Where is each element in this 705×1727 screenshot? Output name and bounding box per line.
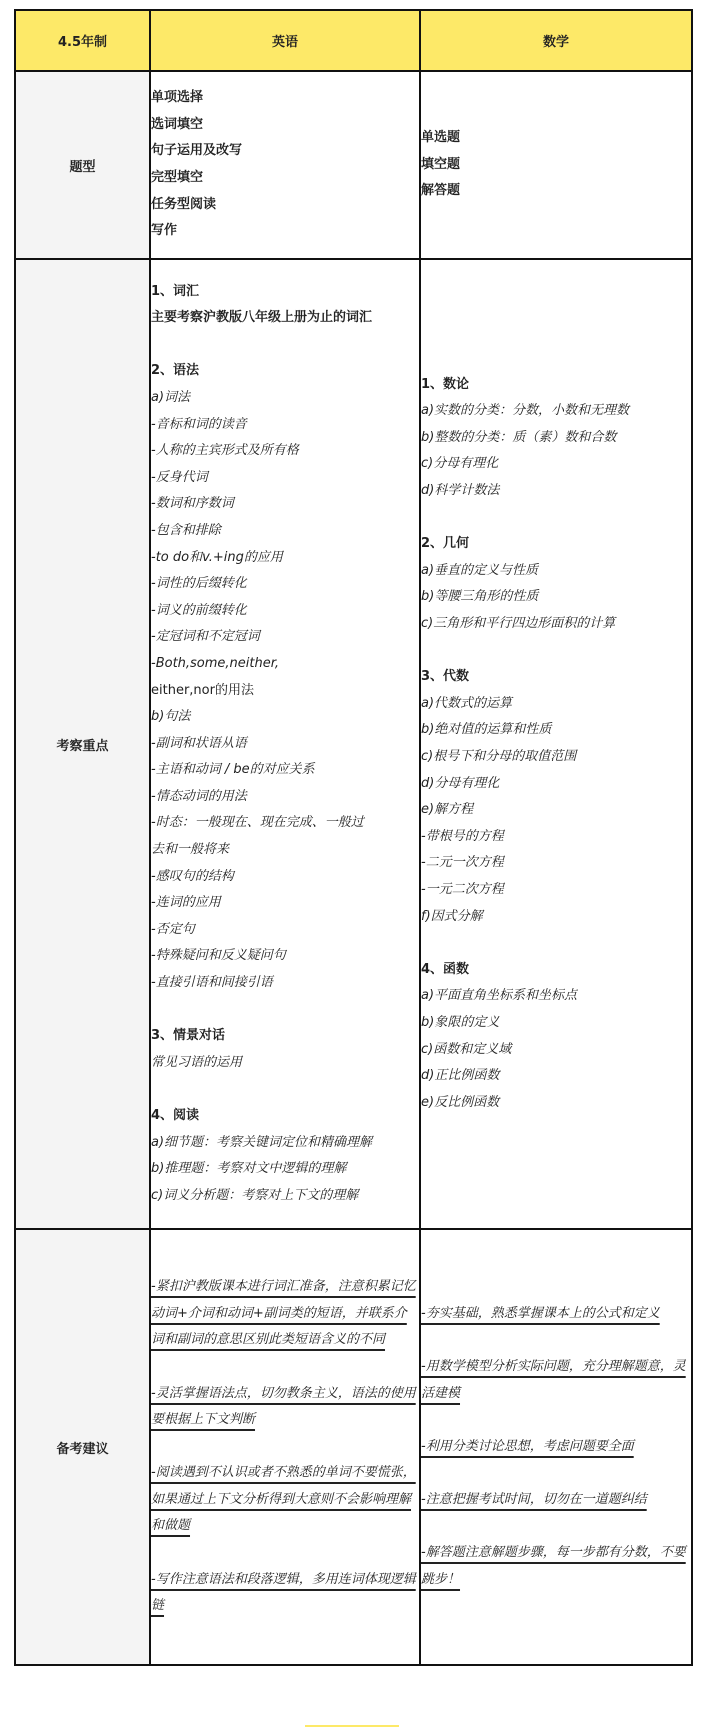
advice-paragraph: -用数学模型分析实际问题，充分理解题意，灵活建模 [421, 1354, 691, 1407]
english-focus-cell: 1、词汇 主要考察沪教版八年级上册为止的词汇 2、语法 a)词法 -音标和词的读… [150, 259, 420, 1229]
focus-item: -带根号的方程 [421, 824, 691, 851]
focus-item: -二元一次方程 [421, 850, 691, 877]
focus-item: e)反比例函数 [421, 1090, 691, 1117]
focus-item: c)根号下和分母的取值范围 [421, 744, 691, 771]
focus-item: a)细节题：考察关键词定位和精确理解 [151, 1130, 419, 1157]
focus-item: -感叹句的结构 [151, 864, 419, 891]
math-advice-cell: -夯实基础，熟悉掌握课本上的公式和定义 -用数学模型分析实际问题，充分理解题意，… [420, 1229, 692, 1665]
english-advice-cell: -紧扣沪教版课本进行词汇准备，注意积累记忆动词+介词和动词+副词类的短语，并联系… [150, 1229, 420, 1665]
focus-item: -一元二次方程 [421, 877, 691, 904]
focus-item: b)句法 [151, 704, 419, 731]
focus-item: d)科学计数法 [421, 478, 691, 505]
advice-text: -夯实基础，熟悉掌握课本上的公式和定义 [421, 1306, 660, 1321]
focus-item: c)分母有理化 [421, 451, 691, 478]
english-type-item: 单项选择 [151, 85, 419, 112]
section-title: 2、语法 [151, 358, 419, 385]
section-title: 3、情景对话 [151, 1023, 419, 1050]
focus-item: c)函数和定义域 [421, 1037, 691, 1064]
english-type-item: 任务型阅读 [151, 192, 419, 219]
advice-paragraph: -注意把握考试时间，切勿在一道题纠结 [421, 1487, 691, 1514]
advice-paragraph: -夯实基础，熟悉掌握课本上的公式和定义 [421, 1301, 691, 1328]
focus-item: -否定句 [151, 917, 419, 944]
header-system: 4.5年制 [15, 10, 150, 71]
focus-item: c)三角形和平行四边形面积的计算 [421, 611, 691, 638]
focus-item: d)分母有理化 [421, 771, 691, 798]
focus-item: f)因式分解 [421, 904, 691, 931]
focus-item: -人称的主宾形式及所有格 [151, 438, 419, 465]
math-type-item: 填空题 [421, 152, 691, 179]
section-text: 主要考察沪教版八年级上册为止的词汇 [151, 305, 419, 332]
focus-item: c)词义分析题：考察对上下文的理解 [151, 1183, 419, 1210]
advice-text: -注意把握考试时间，切勿在一道题纠结 [421, 1492, 647, 1507]
focus-item: a)词法 [151, 385, 419, 412]
focus-item: -情态动词的用法 [151, 784, 419, 811]
section-title: 1、数论 [421, 372, 691, 399]
focus-item: -反身代词 [151, 465, 419, 492]
advice-paragraph: -阅读遇到不认识或者不熟悉的单词不要慌张，如果通过上下文分析得到大意则不会影响理… [151, 1460, 419, 1540]
section-title: 2、几何 [421, 531, 691, 558]
focus-item: -音标和词的读音 [151, 412, 419, 439]
focus-item: -副词和状语从语 [151, 731, 419, 758]
advice-paragraph: -利用分类讨论思想，考虑问题要全面 [421, 1434, 691, 1461]
focus-item: a)代数式的运算 [421, 691, 691, 718]
math-type-item: 解答题 [421, 178, 691, 205]
focus-item: 去和一般将来 [151, 837, 419, 864]
row-focus: 考察重点 1、词汇 主要考察沪教版八年级上册为止的词汇 2、语法 a)词法 -音… [15, 259, 692, 1229]
focus-item: e)解方程 [421, 797, 691, 824]
advice-text: -紧扣沪教版课本进行词汇准备，注意积累记忆动词+介词和动词+副词类的短语，并联系… [151, 1279, 416, 1347]
focus-item: -数词和序数词 [151, 491, 419, 518]
advice-paragraph: -解答题注意解题步骤，每一步都有分数，不要跳步！ [421, 1540, 691, 1593]
advice-text: -解答题注意解题步骤，每一步都有分数，不要跳步！ [421, 1545, 686, 1587]
header-english: 英语 [150, 10, 420, 71]
advice-paragraph: -写作注意语法和段落逻辑，多用连词体现逻辑链 [151, 1567, 419, 1620]
section-title: 4、函数 [421, 957, 691, 984]
focus-item: -to do和v.+ing的应用 [151, 545, 419, 572]
english-types-cell: 单项选择 选词填空 句子运用及改写 完型填空 任务型阅读 写作 [150, 71, 420, 259]
advice-text: -灵活掌握语法点，切勿教条主义，语法的使用要根据上下文判断 [151, 1386, 416, 1428]
focus-item: -主语和动词 / be的对应关系 [151, 757, 419, 784]
math-types-cell: 单选题 填空题 解答题 [420, 71, 692, 259]
focus-item: -时态：一般现在、现在完成、一般过 [151, 810, 419, 837]
exam-comparison-table: 4.5年制 英语 数学 题型 单项选择 选词填空 句子运用及改写 完型填空 任务… [14, 9, 693, 1666]
focus-item: d)正比例函数 [421, 1063, 691, 1090]
focus-item: -定冠词和不定冠词 [151, 624, 419, 651]
focus-item: -特殊疑问和反义疑问句 [151, 943, 419, 970]
focus-item: b)等腰三角形的性质 [421, 584, 691, 611]
english-type-item: 完型填空 [151, 165, 419, 192]
focus-item: either,nor的用法 [151, 678, 419, 705]
advice-text: -阅读遇到不认识或者不熟悉的单词不要慌张，如果通过上下文分析得到大意则不会影响理… [151, 1465, 416, 1533]
row-question-types: 题型 单项选择 选词填空 句子运用及改写 完型填空 任务型阅读 写作 单选题 填… [15, 71, 692, 259]
advice-paragraph: -紧扣沪教版课本进行词汇准备，注意积累记忆动词+介词和动词+副词类的短语，并联系… [151, 1274, 419, 1354]
focus-item: b)绝对值的运算和性质 [421, 717, 691, 744]
focus-item: -连词的应用 [151, 890, 419, 917]
focus-item: -词性的后缀转化 [151, 571, 419, 598]
math-focus-cell: 1、数论 a)实数的分类：分数，小数和无理数 b)整数的分类：质（素）数和合数 … [420, 259, 692, 1229]
math-type-item: 单选题 [421, 125, 691, 152]
focus-item: b)推理题：考察对文中逻辑的理解 [151, 1156, 419, 1183]
row-label-focus: 考察重点 [15, 259, 150, 1229]
english-type-item: 写作 [151, 218, 419, 245]
header-row: 4.5年制 英语 数学 [15, 10, 692, 71]
row-label-advice: 备考建议 [15, 1229, 150, 1665]
header-math: 数学 [420, 10, 692, 71]
focus-item: a)垂直的定义与性质 [421, 558, 691, 585]
focus-item: -Both,some,neither, [151, 651, 419, 678]
row-advice: 备考建议 -紧扣沪教版课本进行词汇准备，注意积累记忆动词+介词和动词+副词类的短… [15, 1229, 692, 1665]
focus-item: b)象限的定义 [421, 1010, 691, 1037]
advice-paragraph: -灵活掌握语法点，切勿教条主义，语法的使用要根据上下文判断 [151, 1381, 419, 1434]
english-type-item: 句子运用及改写 [151, 138, 419, 165]
row-label-types: 题型 [15, 71, 150, 259]
focus-item: -词义的前缀转化 [151, 598, 419, 625]
advice-text: -利用分类讨论思想，考虑问题要全面 [421, 1439, 634, 1454]
section-title: 1、词汇 [151, 279, 419, 306]
advice-text: -写作注意语法和段落逻辑，多用连词体现逻辑链 [151, 1572, 416, 1614]
section-title: 3、代数 [421, 664, 691, 691]
english-type-item: 选词填空 [151, 112, 419, 139]
section-title: 4、阅读 [151, 1103, 419, 1130]
focus-item: a)实数的分类：分数，小数和无理数 [421, 398, 691, 425]
focus-item: -直接引语和间接引语 [151, 970, 419, 997]
focus-item: b)整数的分类：质（素）数和合数 [421, 425, 691, 452]
focus-item: a)平面直角坐标系和坐标点 [421, 983, 691, 1010]
focus-item: 常见习语的运用 [151, 1050, 419, 1077]
advice-text: -用数学模型分析实际问题，充分理解题意，灵活建模 [421, 1359, 686, 1401]
focus-item: -包含和排除 [151, 518, 419, 545]
